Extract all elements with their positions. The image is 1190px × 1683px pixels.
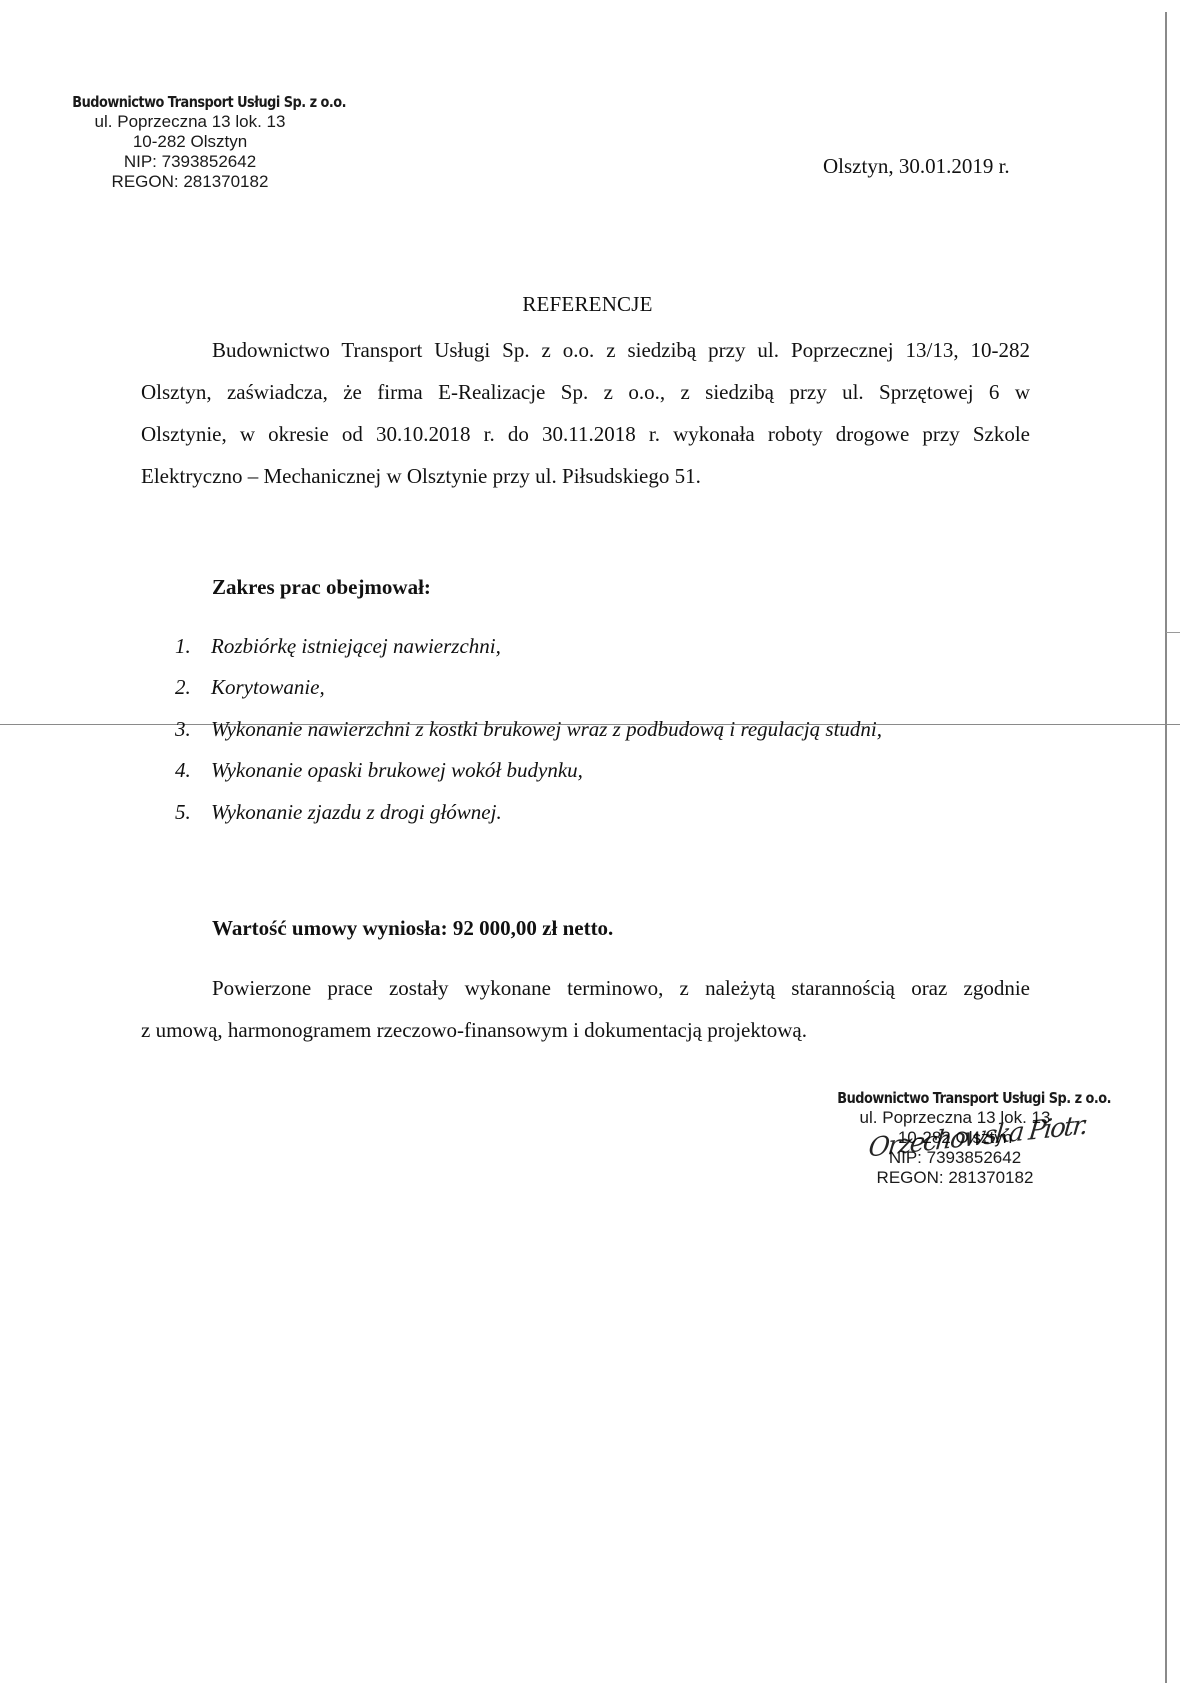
- list-item-text: Korytowanie,: [211, 675, 325, 699]
- list-item-number: 1.: [175, 634, 211, 659]
- closing-line: Powierzone prace zostały wykonane termin…: [212, 976, 1030, 1001]
- stamp-regon: REGON: 281370182: [50, 172, 330, 192]
- stamp-city: 10-282 Olsztyn: [50, 132, 330, 152]
- intro-line: Olsztyn, zaświadcza, że firma E-Realizac…: [141, 380, 1030, 405]
- stamp-regon: REGON: 281370182: [815, 1168, 1095, 1188]
- scope-heading: Zakres prac obejmował:: [212, 575, 431, 600]
- header-company-stamp: Budownictwo Transport Usługi Sp. z o.o. …: [50, 92, 330, 192]
- list-item: 1.Rozbiórkę istniejącej nawierzchni,: [175, 634, 501, 659]
- list-item-text: Wykonanie opaski brukowej wokół budynku,: [211, 758, 583, 782]
- list-item-text: Wykonanie nawierzchni z kostki brukowej …: [211, 717, 882, 741]
- list-item-text: Wykonanie zjazdu z drogi głównej.: [211, 800, 502, 824]
- stamp-company-name: Budownictwo Transport Usługi Sp. z o.o.: [72, 92, 346, 112]
- stamp-address: ul. Poprzeczna 13 lok. 13: [50, 112, 330, 132]
- stamp-company-name: Budownictwo Transport Usługi Sp. z o.o.: [837, 1088, 1111, 1108]
- contract-value: Wartość umowy wyniosła: 92 000,00 zł net…: [212, 916, 613, 941]
- list-item-number: 3.: [175, 717, 211, 742]
- closing-line: z umową, harmonogramem rzeczowo-finansow…: [141, 1018, 807, 1043]
- list-item-number: 4.: [175, 758, 211, 783]
- stamp-nip: NIP: 7393852642: [50, 152, 330, 172]
- document-date: Olsztyn, 30.01.2019 r.: [823, 154, 1010, 179]
- scan-edge-vertical-line: [1165, 12, 1167, 1683]
- list-item-number: 5.: [175, 800, 211, 825]
- intro-line: Elektryczno – Mechanicznej w Olsztynie p…: [141, 464, 701, 489]
- list-item-text: Rozbiórkę istniejącej nawierzchni,: [211, 634, 501, 658]
- list-item-number: 2.: [175, 675, 211, 700]
- list-item: 3.Wykonanie nawierzchni z kostki brukowe…: [175, 717, 882, 742]
- document-title: REFERENCJE: [0, 292, 1175, 317]
- scan-edge-tick: [1166, 632, 1180, 633]
- intro-line: Budownictwo Transport Usługi Sp. z o.o. …: [212, 338, 1030, 363]
- intro-line: Olsztynie, w okresie od 30.10.2018 r. do…: [141, 422, 1030, 447]
- list-item: 4.Wykonanie opaski brukowej wokół budynk…: [175, 758, 583, 783]
- list-item: 2.Korytowanie,: [175, 675, 325, 700]
- list-item: 5.Wykonanie zjazdu z drogi głównej.: [175, 800, 502, 825]
